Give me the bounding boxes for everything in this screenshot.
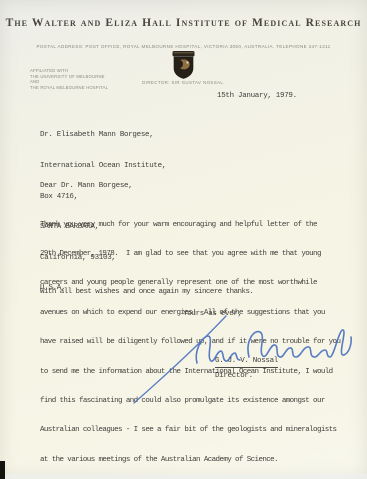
body-line: Australian colleagues - I see a fair bit… <box>40 426 340 436</box>
body-line: at the various meetings of the Australia… <box>40 456 340 466</box>
scanned-letter-page: The Walter and Eliza Hall Institute of M… <box>0 0 367 479</box>
affiliation-line: THE ROYAL MELBOURNE HOSPITAL <box>30 85 108 91</box>
signatory-title: Director. <box>215 372 253 380</box>
signatory-name: G. J. V. Nossal <box>215 357 278 368</box>
closing-line: Yours as ever, <box>183 310 242 318</box>
letter-date: 15th January, 1979. <box>217 92 297 100</box>
body-paragraph-1: Thank you very much for your warm encour… <box>40 201 340 479</box>
body-line: 29th December, 1978. I am glad to see th… <box>40 250 340 260</box>
body-line: Thank you very much for your warm encour… <box>40 221 340 231</box>
director-line: DIRECTOR: SIR GUSTAV NOSSAL. <box>0 80 367 85</box>
scan-edge-strip <box>5 474 367 479</box>
address-line: International Ocean Institute, <box>40 161 166 171</box>
postal-address-line: POSTAL ADDRESS: POST OFFICE, ROYAL MELBO… <box>0 44 367 49</box>
institute-name-heading: The Walter and Eliza Hall Institute of M… <box>0 17 367 29</box>
affiliation-line: THE UNIVERSITY OF MELBOURNE <box>30 74 108 80</box>
institute-crest-icon <box>170 50 197 82</box>
body-line: to send me the information about the Int… <box>40 368 340 378</box>
body-paragraph-2: With all best wishes and once again my s… <box>40 288 253 296</box>
body-line: find this fascinating and could also pro… <box>40 397 340 407</box>
address-line: Dr. Elisabeth Mann Borgese, <box>40 130 166 140</box>
body-line: have raised will be diligently followed … <box>40 338 340 348</box>
salutation: Dear Dr. Mann Borgese, <box>40 182 132 190</box>
